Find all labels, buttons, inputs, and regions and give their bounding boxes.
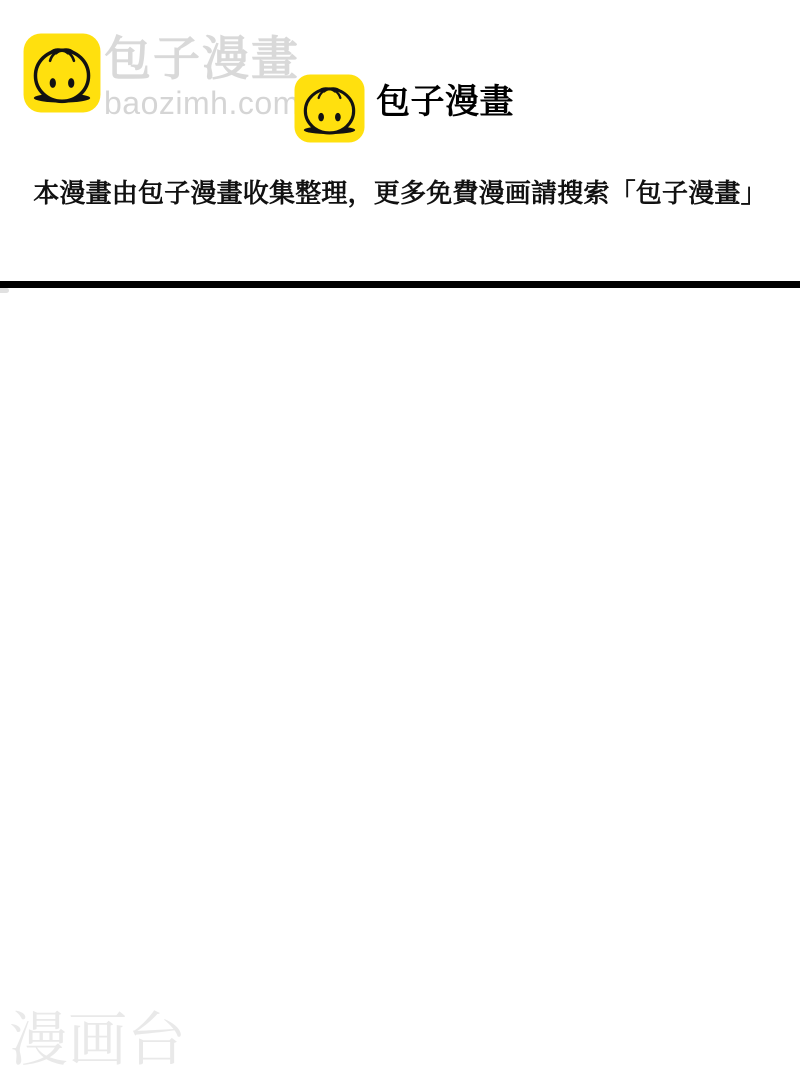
manhuatai-watermark: 漫画台 — [9, 1011, 186, 1070]
site-watermark: 包子漫畫 baozimh.com — [104, 34, 300, 119]
comic-credit-page: 包子漫畫 baozimh.com — [0, 0, 800, 1082]
logo-title: 包子漫畫 — [376, 85, 514, 119]
baozi-bun-icon — [294, 74, 365, 143]
credit-tagline: 本漫畫由包子漫畫收集整理，更多免費漫画請搜索「包子漫畫」 — [0, 179, 800, 209]
panel-divider-bar — [0, 281, 800, 288]
scan-artifact — [0, 288, 9, 293]
watermark-domain: baozimh.com — [104, 87, 300, 119]
watermark-site-name: 包子漫畫 — [104, 34, 300, 84]
baozi-bun-icon — [23, 33, 101, 113]
